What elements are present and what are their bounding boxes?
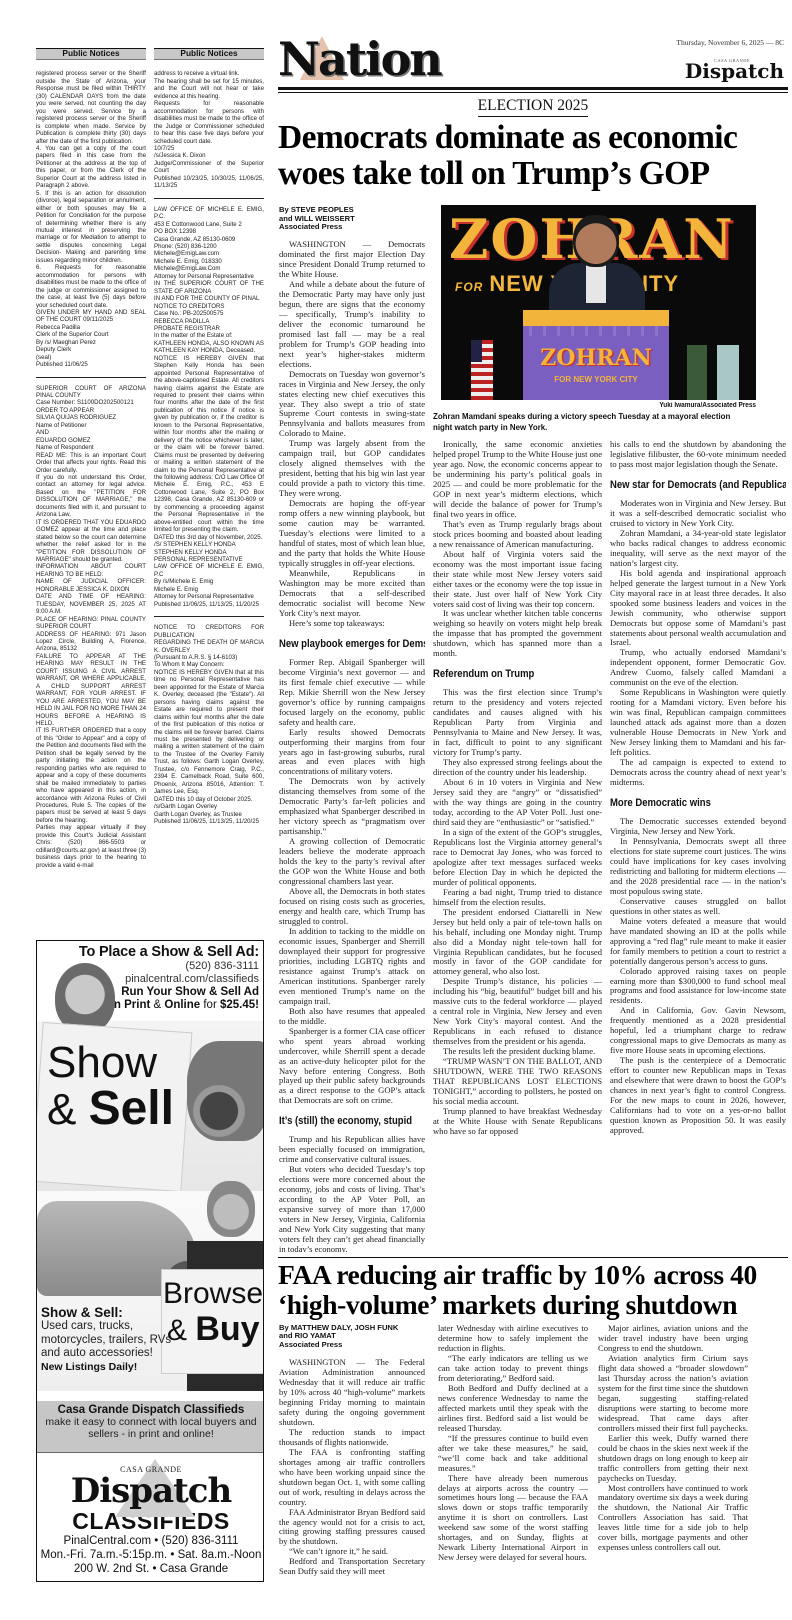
ad-band-heading: Casa Grande Dispatch Classifieds xyxy=(37,1404,264,1416)
photo-credit: Yuki Iwamura/Associated Press xyxy=(466,402,756,409)
story-divider xyxy=(278,1257,788,1258)
notice-line: In the matter of the Estate of: xyxy=(154,332,264,339)
notice-line: NOTICE TO CREDITORS xyxy=(154,303,264,310)
notice-line: If you do not understand this Order, con… xyxy=(36,474,146,519)
speaker-head-icon xyxy=(573,215,619,267)
notice-line: GIVEN UNDER MY HAND AND SEAL OF THE COUR… xyxy=(36,309,146,324)
notice-line: /s/Jessica K. Dixon xyxy=(154,152,264,159)
story-photo[interactable]: ZOHRAN FORNEW YORK CITY ZOHRAN FOR NEW Y… xyxy=(441,205,756,400)
podium-name: ZOHRAN xyxy=(523,345,669,371)
ad-list-footer: New Listings Daily! xyxy=(41,1361,181,1375)
notice-line: SUPERIOR COURT OF ARIZONA PINAL COUNTY xyxy=(36,385,146,400)
notice-line: NOTICE IS HEREBY GIVEN that at this time… xyxy=(154,669,264,796)
main-byline: By STEVE PEOPLES and WILL WEISSERT Assoc… xyxy=(279,206,429,232)
notice-line: NOTICE TO CREDITORS FOR PUBLICATION xyxy=(154,624,264,639)
notice-line: Casa Grande, AZ 85130-0609 xyxy=(154,236,264,243)
notice-line: LAW OFFICE OF MICHELE E. EMIG, P.C xyxy=(154,563,264,578)
header-rule xyxy=(278,87,788,90)
notice-line: Published 10/23/25, 10/30/25, 11/06/25, … xyxy=(154,175,264,190)
notice-line: By /s/Michele E. Emig xyxy=(154,578,264,585)
notice-line: SILVIA QUIJAS RODRIGUEZ xyxy=(36,414,146,421)
notice-line: address to receive a virtual link. xyxy=(154,70,264,77)
skyline-icon xyxy=(523,310,669,336)
public-notices: Public Notices registered process server… xyxy=(36,48,264,938)
notice-line: REGARDING THE DEATH OF MARCIA K. OVERLEY xyxy=(154,639,264,654)
article-paragraph: Democrats are hoping the off-year romp o… xyxy=(279,499,425,569)
speaker-shirt-icon xyxy=(586,263,606,303)
notice-line: Michele E. Emig xyxy=(154,586,264,593)
notice-line: PERSONAL REPRESENTATIVE xyxy=(154,556,264,563)
article-paragraph: Democrats on Tuesday won governor’s race… xyxy=(279,370,425,440)
notice-line: Deputy Clerk xyxy=(36,346,146,353)
main-story-column-3: his calls to end the shutdown by abandon… xyxy=(610,440,786,1252)
article-paragraph: Zohran Mamdani, a 34-year-old state legi… xyxy=(610,529,786,569)
notice-line: (Pursuant to A.R.S. § 14-6103) xyxy=(154,654,264,661)
article-paragraph: But voters who decided Tuesday’s top ele… xyxy=(279,1165,425,1252)
notices-col2-body: address to receive a virtual link.The he… xyxy=(154,70,264,825)
notice-divider xyxy=(36,377,146,378)
notice-line: EDUARDO GOMEZ xyxy=(36,437,146,444)
notices-col1-body: registered process server or the Sheriff… xyxy=(36,70,146,869)
article-paragraph: There have already been numerous delays … xyxy=(438,1474,588,1564)
flag-icon xyxy=(687,345,707,400)
ad-band-text: make it easy to connect with local buyer… xyxy=(37,1416,264,1440)
notice-line: REBECCA PADILLA xyxy=(154,318,264,325)
article-subhead: New playbook emerges for Dems xyxy=(279,638,407,650)
ad-list-heading: Show & Sell: xyxy=(41,1305,181,1320)
article-paragraph: Conservative causes struggled on ballot … xyxy=(610,897,786,917)
article-paragraph: Meanwhile, Republicans in Washington may… xyxy=(279,569,425,619)
notice-line: LAW OFFICE OF MICHELE E. EMIG, P.C. xyxy=(154,206,264,221)
section-header: Nation Thursday, November 6, 2025 — 8C C… xyxy=(278,36,788,90)
notice-line: Parties may appear virtually if they pro… xyxy=(36,824,146,869)
dateline: Thursday, November 6, 2025 — 8C xyxy=(676,38,784,47)
notice-line: READ ME: This is an important Court Orde… xyxy=(36,452,146,474)
notice-line: Michele@EmigLaw.com xyxy=(154,250,264,257)
motorcycle-image-icon xyxy=(187,1041,264,1141)
ad-band: Casa Grande Dispatch Classifieds make it… xyxy=(37,1401,264,1453)
article-paragraph: Colorado approved raising taxes on peopl… xyxy=(610,967,786,1007)
article-paragraph: The FAA is confronting staffing shortage… xyxy=(279,1448,425,1508)
article-paragraph: Trump was largely absent from the campai… xyxy=(279,439,425,499)
article-subhead: New star for Democrats (and Republicans)… xyxy=(610,479,765,491)
notices-header: Public Notices xyxy=(36,48,146,60)
article-paragraph: Trump and his Republican allies have bee… xyxy=(279,1135,425,1165)
notices-column-2: Public Notices address to receive a virt… xyxy=(154,48,264,938)
notice-line: /S/ STEPHEN KELLY HONDA xyxy=(154,541,264,548)
us-flag-icon xyxy=(471,340,493,400)
notice-line: ADDRESS OF HEARING: 971 Jason Lopez Circ… xyxy=(36,631,146,653)
header-rule-thin xyxy=(278,92,788,93)
article-subhead: Referendum on Trump xyxy=(433,668,582,680)
logo-dispatch: Dispatch xyxy=(37,1474,264,1508)
article-paragraph: Spanberger is a former CIA case officer … xyxy=(279,1027,425,1107)
photo-caption: Zohran Mamdani speaks during a victory s… xyxy=(433,411,750,432)
notice-line: Michele E. Emig, 018330 xyxy=(154,258,264,265)
article-paragraph: Despite Trump’s distance, his policies —… xyxy=(433,977,602,1047)
notice-line: DATED this 3rd day of November, 2025. xyxy=(154,534,264,541)
notices-header: Public Notices xyxy=(154,48,264,60)
masthead: Dispatch xyxy=(685,60,784,82)
notice-line: Garth Logan Overley, as Trustee xyxy=(154,811,264,818)
article-paragraph: In Pennsylvania, Democrats swept all thr… xyxy=(610,837,786,897)
notice-divider xyxy=(154,198,264,199)
notice-line: Michele@EmigLaw.Com xyxy=(154,265,264,272)
notice-line: PLACE OF HEARING: PINAL COUNTY SUPERIOR … xyxy=(36,616,146,631)
story-kicker: ELECTION 2025 xyxy=(278,97,788,117)
article-paragraph: They also expressed strong feelings abou… xyxy=(433,758,602,778)
article-paragraph: Earlier this week, Duffy warned there co… xyxy=(598,1434,748,1484)
notice-line: 453 E Cottonwood Lane, Suite 2 xyxy=(154,221,264,228)
notice-divider xyxy=(154,616,264,617)
article-paragraph: The Democrats won by actively distancing… xyxy=(279,777,425,837)
notice-line: PROBATE REGISTRAR xyxy=(154,325,264,332)
article-paragraph: Ironically, the same economic anxieties … xyxy=(433,440,602,520)
article-paragraph: Here’s some top takeaways: xyxy=(279,619,425,629)
article-paragraph: The president endorsed Ciattarelli in Ne… xyxy=(433,908,602,978)
article-paragraph: “If the pressures continue to build even… xyxy=(438,1434,588,1474)
classified-ad[interactable]: To Place a Show & Sell Ad: (520) 836-311… xyxy=(36,940,264,1582)
notice-line: NAME OF JUDICIAL OFFICER: HONORABLE JESS… xyxy=(36,578,146,593)
notice-line: IN AND FOR THE COUNTY OF PINAL xyxy=(154,295,264,302)
notice-line: Name of Petitioner xyxy=(36,422,146,429)
flag-icon xyxy=(717,345,739,400)
article-paragraph: Both also have resumes that appealed to … xyxy=(279,1007,425,1027)
article-subhead: It’s (still) the economy, stupid xyxy=(279,1115,407,1127)
main-story-column-1: WASHINGTON — Democrats dominated the fir… xyxy=(279,240,425,1252)
faa-byline: By MATTHEW DALY, JOSH FUNK and RIO YAMAT… xyxy=(279,1324,429,1349)
ad-contact-line: PinalCentral.com • (520) 836-3111 xyxy=(37,1534,264,1548)
notice-line: STEPHEN KELLY HONDA xyxy=(154,549,264,556)
article-paragraph: later Wednesday with airline executives … xyxy=(438,1324,588,1354)
notice-line: Attorney for Personal Representative xyxy=(154,593,264,600)
article-paragraph: Bedford and Transportation Secretary Sea… xyxy=(279,1557,425,1577)
article-paragraph: The push is the centerpiece of a Democra… xyxy=(610,1056,786,1136)
article-paragraph: Trump planned to have breakfast Wednesda… xyxy=(433,1107,602,1137)
notice-line: Published 11/06/25 xyxy=(36,361,146,368)
article-paragraph: It was unclear whether kitchen table con… xyxy=(433,609,602,659)
faa-headline[interactable]: FAA reducing air traffic by 10% across 4… xyxy=(278,1260,788,1320)
notice-line: By /s/ Maeghan Perez xyxy=(36,339,146,346)
notice-line: Requests for reasonable accommodation fo… xyxy=(154,100,264,145)
faa-story-column-3: Major airlines, aviation unions and the … xyxy=(598,1324,748,1604)
article-paragraph: his calls to end the shutdown by abandon… xyxy=(610,440,786,470)
ad-address-line: 200 W. 2nd St. • Casa Grande xyxy=(37,1562,264,1576)
notice-line: DATE AND TIME OF HEARING: TUESDAY, NOVEM… xyxy=(36,593,146,615)
notice-line: INFORMATION ABOUT COURT HEARING TO BE HE… xyxy=(36,563,146,578)
notice-line: Attorney for Personal Representative xyxy=(154,273,264,280)
notice-line: /s/Garth Logan Overley xyxy=(154,803,264,810)
show-word: Show xyxy=(47,1041,157,1085)
sell-word: & Sell xyxy=(47,1087,174,1132)
notice-line: NOTICE IS HEREBY GIVEN that Stephen Kell… xyxy=(154,355,264,534)
notice-line: 6. Requests for reasonable accommodation… xyxy=(36,264,146,309)
article-paragraph: Trump, who actually endorsed Mamdani’s i… xyxy=(610,648,786,688)
notice-line: The hearing shall be set for 15 minutes,… xyxy=(154,78,264,100)
notice-line: Case Number: S1100DO202500121 xyxy=(36,399,146,406)
article-paragraph: Major airlines, aviation unions and the … xyxy=(598,1324,748,1354)
article-paragraph: In a sign of the extent of the GOP’s str… xyxy=(433,828,602,888)
notice-line: (seal) xyxy=(36,354,146,361)
show-sell-photo: Show & Sell xyxy=(37,1021,264,1196)
article-paragraph: WASHINGTON — Democrats dominated the fir… xyxy=(279,240,425,280)
notice-line: DATED this 10 day of October 2025. xyxy=(154,796,264,803)
notice-line: AND xyxy=(36,429,146,436)
podium-sub: FOR NEW YORK CITY xyxy=(523,375,669,384)
article-paragraph: “The early indicators are telling us we … xyxy=(438,1354,588,1384)
article-paragraph: Former Rep. Abigail Spanberger will beco… xyxy=(279,658,425,728)
article-paragraph: In addition to tacking to the middle on … xyxy=(279,927,425,1007)
notice-line: ORDER TO APPEAR xyxy=(36,407,146,414)
ad-listing-info: Show & Sell: Used cars, trucks, motorcyc… xyxy=(41,1305,181,1374)
notice-line: registered process server or the Sheriff… xyxy=(36,70,146,145)
article-paragraph: Fearing a bad night, Trump tried to dist… xyxy=(433,888,602,908)
dispatch-classifieds-logo: CASA GRANDE Dispatch CLASSIFIEDS PinalCe… xyxy=(37,1453,264,1582)
ad-list-text: Used cars, trucks, motorcycles, trailers… xyxy=(41,1320,181,1361)
notices-column-1: Public Notices registered process server… xyxy=(36,48,146,938)
notice-line: IT IS ORDERED THAT YOU EDUARDO GOMEZ app… xyxy=(36,519,146,564)
article-paragraph: The Democratic successes extended beyond… xyxy=(610,817,786,837)
notice-line: FAILURE TO APPEAR AT THE HEARING MAY RES… xyxy=(36,653,146,728)
notice-line: Case No.: PB-202500575 xyxy=(154,310,264,317)
article-paragraph: And while a debate about the future of t… xyxy=(279,280,425,370)
notice-line: IN THE SUPERIOR COURT OF THE STATE OF AR… xyxy=(154,280,264,295)
faa-story-column-1: WASHINGTON — The Federal Aviation Admini… xyxy=(279,1358,425,1598)
main-story-column-2: Ironically, the same economic anxieties … xyxy=(433,440,602,1252)
article-paragraph: Most controllers have continued to work … xyxy=(598,1484,748,1554)
main-headline[interactable]: Democrats dominate as economic woes take… xyxy=(278,120,788,192)
notice-line: Published 11/06/25, 11/13/25, 11/20/25 xyxy=(154,601,264,608)
notice-line: PO BOX 12398 xyxy=(154,228,264,235)
notice-line: Name of Respondent xyxy=(36,444,146,451)
article-paragraph: A growing collection of Democratic leade… xyxy=(279,837,425,887)
notice-line: 10/7/25 xyxy=(154,145,264,152)
article-subhead: More Democratic wins xyxy=(610,797,765,809)
article-paragraph: About 6 in 10 voters in Virginia and New… xyxy=(433,778,602,828)
article-paragraph: Maine voters defeated a measure that wou… xyxy=(610,917,786,967)
notice-line: Clerk of the Superior Court xyxy=(36,331,146,338)
notice-line: 4. You can get a copy of the court paper… xyxy=(36,145,146,190)
notice-line: Judge/Commissioner of the Superior Court xyxy=(154,160,264,175)
notice-line: IT IS FURTHER ORDERED that a copy of thi… xyxy=(36,727,146,824)
article-paragraph: Early results showed Democrats outperfor… xyxy=(279,728,425,778)
man-photo-icon xyxy=(207,1181,255,1237)
notice-line: Published 11/06/25, 11/13/25, 11/20/25 xyxy=(154,818,264,825)
article-paragraph: Aviation analytics firm Cirium says flig… xyxy=(598,1354,748,1434)
article-paragraph: And in California, Gov. Gavin Newsom, fr… xyxy=(610,1006,786,1056)
article-paragraph: About half of Virginia voters said the e… xyxy=(433,550,602,610)
faa-story-column-2: later Wednesday with airline executives … xyxy=(438,1324,588,1604)
notice-line: 5. If this is an action for dissolution … xyxy=(36,190,146,265)
article-paragraph: WASHINGTON — The Federal Aviation Admini… xyxy=(279,1358,425,1428)
article-paragraph: Both Bedford and Duffy declined at a new… xyxy=(438,1384,588,1434)
article-paragraph: The ad campaign is expected to extend to… xyxy=(610,758,786,788)
article-paragraph: FAA Administrator Bryan Bedford said the… xyxy=(279,1508,425,1548)
article-paragraph: The reduction stands to impact thousands… xyxy=(279,1428,425,1448)
notice-line: Phone: (520) 836-1200 xyxy=(154,243,264,250)
notice-line: KATHLEEN HONDA, ALSO KNOWN AS KATHLEEN K… xyxy=(154,340,264,355)
ad-title: To Place a Show & Sell Ad: xyxy=(37,944,259,960)
article-paragraph: This was the first election since Trump’… xyxy=(433,688,602,758)
article-paragraph: Some Republicans in Washington were quie… xyxy=(610,688,786,758)
article-paragraph: That’s even as Trump regularly brags abo… xyxy=(433,520,602,550)
article-paragraph: His bold agenda and inspirational approa… xyxy=(610,569,786,649)
notice-line: To Whom It May Concern: xyxy=(154,661,264,668)
notice-line: Rebecca Padilla xyxy=(36,324,146,331)
article-paragraph: Moderates won in Virginia and New Jersey… xyxy=(610,499,786,529)
article-paragraph: Above all, the Democrats in both states … xyxy=(279,887,425,927)
section-title: Nation xyxy=(278,34,441,84)
ad-hours-line: Mon.-Fri. 7a.m.-5:15p.m. • Sat. 8a.m.-No… xyxy=(37,1548,264,1562)
article-paragraph: “TRUMP WASN’T ON THE BALLOT, AND SHUTDOW… xyxy=(433,1057,602,1107)
